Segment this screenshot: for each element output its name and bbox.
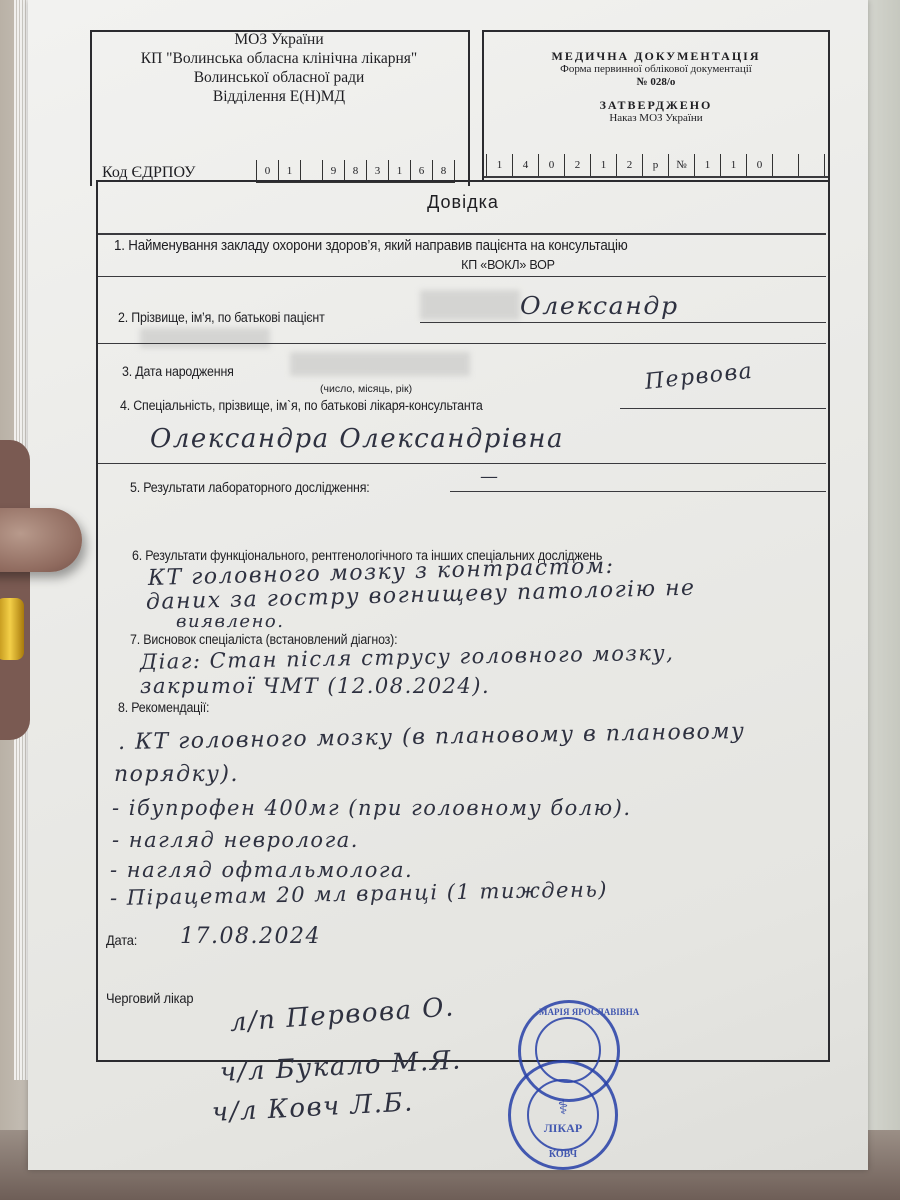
date-label: Дата: <box>106 932 137 948</box>
lab-results-handwritten: — <box>480 466 500 487</box>
section-2-label: 2. Прізвище, ім’я, по батькові пацієнт <box>118 310 325 325</box>
header-right-bottom-line <box>484 176 828 178</box>
code-cell: 8 <box>344 160 366 182</box>
code-cell: 2 <box>616 154 642 176</box>
field-line <box>420 322 826 323</box>
order-number-cells: 140212р№110 <box>486 154 825 177</box>
consultant-name-handwritten: Олександра Олександрівна <box>150 424 564 454</box>
redacted-surname <box>420 290 520 320</box>
redacted-patronymic <box>140 328 270 348</box>
code-cell: 0 <box>538 154 564 176</box>
approved-label: ЗАТВЕРДЖЕНО <box>484 99 828 112</box>
code-cell: 9 <box>322 160 344 182</box>
section-4-label: 4. Спеціальність, прізвище, ім`я, по бат… <box>120 398 483 413</box>
divider <box>98 463 826 464</box>
header-right-text: МЕДИЧНА ДОКУМЕНТАЦІЯ Форма первинної обл… <box>484 50 828 125</box>
handwritten-line: виявлено. <box>176 611 285 632</box>
code-cell: 0 <box>746 154 772 176</box>
thumb <box>0 508 82 572</box>
caduceus-icon: ⚕ <box>511 1095 615 1120</box>
hand <box>0 440 30 740</box>
handwritten-line: - нагляд офтальмолога. <box>110 858 413 882</box>
code-cell: 1 <box>486 154 512 176</box>
header-left-text: МОЗ України КП "Волинська обласна клініч… <box>92 30 466 106</box>
divider <box>98 343 826 344</box>
section-7-label: 7. Висновок спеціаліста (встановлений ді… <box>130 632 397 647</box>
section-1-label: 1. Найменування закладу охорони здоров’я… <box>114 238 628 254</box>
code-cell: № <box>668 154 694 176</box>
divider <box>98 233 826 235</box>
code-cell: 8 <box>432 160 454 182</box>
form-number: № 028/о <box>484 76 828 89</box>
document-title: Довідка <box>98 192 828 213</box>
handwritten-line: - ібупрофен 400мг (при головному болю). <box>112 796 632 820</box>
handwritten-line: порядку). <box>114 762 239 787</box>
ministry-name: МОЗ України <box>92 30 466 49</box>
stamp-center-text: ЛІКАР <box>511 1121 615 1136</box>
doctor-stamp-lower: ЛІКАР КОВЧ ⚕ <box>508 1060 618 1170</box>
approval-order: Наказ МОЗ України <box>484 112 828 125</box>
medical-documentation-title: МЕДИЧНА ДОКУМЕНТАЦІЯ <box>484 50 828 63</box>
medical-certificate-form: МОЗ України КП "Волинська обласна клініч… <box>0 0 900 1200</box>
signature-line: ч/л Ковч Л.Б. <box>211 1087 414 1128</box>
code-cell <box>300 160 322 182</box>
section-5-label: 5. Результати лабораторного дослідження: <box>130 480 370 495</box>
patient-name-handwritten: Олександр <box>520 292 679 320</box>
section-8-label: 8. Рекомендації: <box>118 700 209 715</box>
stamp-bottom-text: КОВЧ <box>511 1149 615 1160</box>
date-format-hint: (число, місяць, рік) <box>320 383 412 395</box>
code-cell: р <box>642 154 668 176</box>
code-cell: 2 <box>564 154 590 176</box>
redacted-birth-date <box>290 352 470 376</box>
code-cell: 1 <box>720 154 746 176</box>
code-cell: 1 <box>388 160 410 182</box>
code-cell: 6 <box>410 160 432 182</box>
regional-council: Волинської обласної ради <box>92 68 466 87</box>
department-name: Відділення Е(Н)МД <box>92 87 466 106</box>
form-subtitle: Форма первинної облікової документації <box>484 63 828 76</box>
code-cell: 4 <box>512 154 538 176</box>
field-line <box>450 491 826 492</box>
ring <box>0 598 24 660</box>
code-cell <box>798 154 824 176</box>
duty-doctor-label: Черговий лікар <box>106 990 193 1006</box>
handwritten-line: закритої ЧМТ (12.08.2024). <box>140 674 490 698</box>
date-handwritten: 17.08.2024 <box>180 924 321 949</box>
code-cell: 1 <box>278 160 300 182</box>
section-3-label: 3. Дата народження <box>122 364 234 379</box>
code-cell <box>772 154 798 176</box>
hospital-name: КП "Волинська обласна клінічна лікарня" <box>92 49 466 68</box>
section-1-value: КП «ВОКЛ» ВОР <box>98 258 900 272</box>
code-cell: 1 <box>694 154 720 176</box>
handwritten-line: - нагляд невролога. <box>112 828 359 852</box>
code-cell: 3 <box>366 160 388 182</box>
field-line <box>620 408 826 409</box>
code-cell: 1 <box>590 154 616 176</box>
code-cell: 0 <box>256 160 278 182</box>
stamp-text: МАРІЯ ЯРОСЛАВІВНА <box>539 1007 639 1017</box>
divider <box>98 276 826 277</box>
